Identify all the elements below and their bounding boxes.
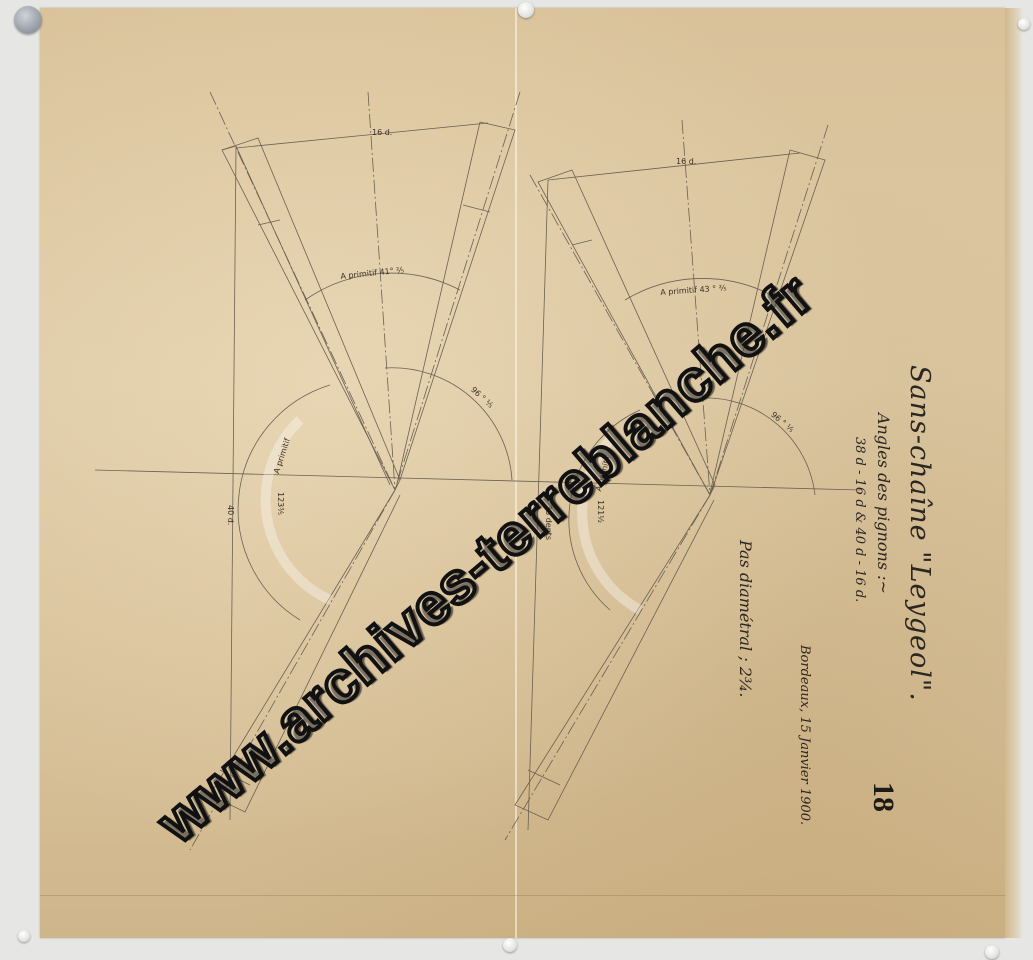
left-left-arc-angle: 123⅗: [276, 492, 285, 515]
left-top-teeth-label: 16 d.: [372, 128, 392, 137]
horizontal-axis-line: [95, 470, 860, 490]
sheet-number: 18: [866, 782, 900, 812]
right-top-teeth-label: 16 d.: [676, 157, 696, 166]
gear-spec-text: 38 d - 16 d & 40 d - 16 d.: [852, 437, 867, 602]
document-subtitle: Angles des pignons :~: [874, 413, 893, 594]
place-date-text: Bordeaux, 15 Janvier 1900.: [797, 645, 812, 825]
document-title: Sans-chaîne "Leygeol".: [904, 365, 935, 702]
left-vertical-label: 40 d.: [226, 505, 235, 525]
diametral-pitch-text: Pas diamétral ; 2¾.: [736, 540, 755, 698]
